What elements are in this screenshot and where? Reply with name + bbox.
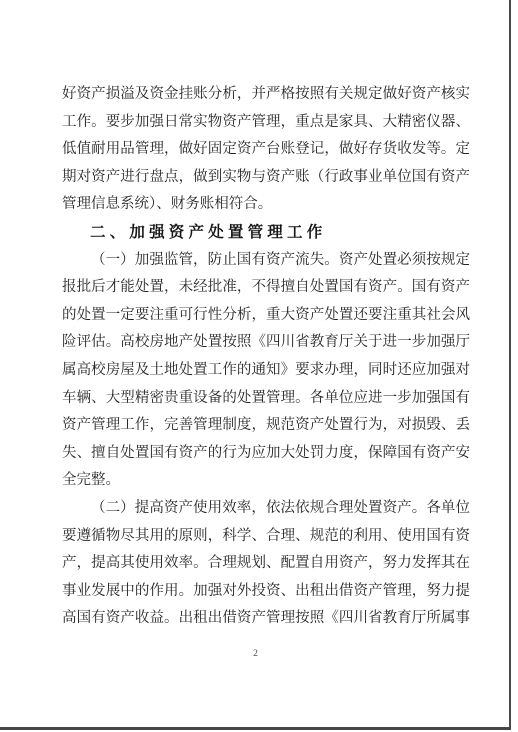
text-line: 的处置一定要注重可行性分析，重大资产处置还要注重其社会风: [62, 302, 470, 330]
document-text-block: 好资产损溢及资金挂账分析，并严格按照有关规定做好资产核实 工作。要步加强日常实物…: [62, 81, 470, 633]
text-line: 事业发展中的作用。加强对外投资、出租出借资产管理，努力提: [62, 578, 470, 606]
text-line: 低值耐用品管理，做好固定资产台账登记，做好存货收发等。定: [62, 136, 470, 164]
section-heading: 二、加强资产处置管理工作: [62, 219, 470, 247]
text-line: 险评估。高校房地产处置按照《四川省教育厅关于进一步加强厅: [62, 329, 470, 357]
text-line: （二）提高资产使用效率，依法依规合理处置资产。各单位: [62, 495, 470, 523]
document-page: 好资产损溢及资金挂账分析，并严格按照有关规定做好资产核实 工作。要步加强日常实物…: [0, 0, 518, 732]
text-line: 报批后才能处置，未经批准，不得擅自处置国有资产。国有资产: [62, 274, 470, 302]
text-line: 好资产损溢及资金挂账分析，并严格按照有关规定做好资产核实: [62, 81, 470, 109]
text-line: 期对资产进行盘点，做到实物与资产账（行政事业单位国有资产: [62, 164, 470, 192]
text-line: 车辆、大型精密贵重设备的处置管理。各单位应进一步加强国有: [62, 385, 470, 413]
text-line: 资产管理工作，完善管理制度，规范资产处置行为，对损毁、丢: [62, 412, 470, 440]
text-line: 全完整。: [62, 467, 470, 495]
text-line: （一）加强监管，防止国有资产流失。资产处置必须按规定: [62, 247, 470, 275]
page-number: 2: [0, 647, 511, 661]
scan-edge-right-line: [509, 0, 511, 730]
scan-edge-bottom-line: [0, 727, 511, 730]
text-line: 要遵循物尽其用的原则，科学、合理、规范的利用、使用国有资: [62, 523, 470, 551]
text-line: 失、擅自处置国有资产的行为应加大处罚力度，保障国有资产安: [62, 440, 470, 468]
text-line: 工作。要步加强日常实物资产管理，重点是家具、大精密仪器、: [62, 109, 470, 137]
text-line: 高国有资产收益。出租出借资产管理按照《四川省教育厅所属事: [62, 605, 470, 633]
text-line: 管理信息系统）、财务账相符合。: [62, 191, 470, 219]
text-line: 属高校房屋及土地处置工作的通知》要求办理，同时还应加强对: [62, 357, 470, 385]
text-line: 产，提高其使用效率。合理规划、配置自用资产，努力发挥其在: [62, 550, 470, 578]
